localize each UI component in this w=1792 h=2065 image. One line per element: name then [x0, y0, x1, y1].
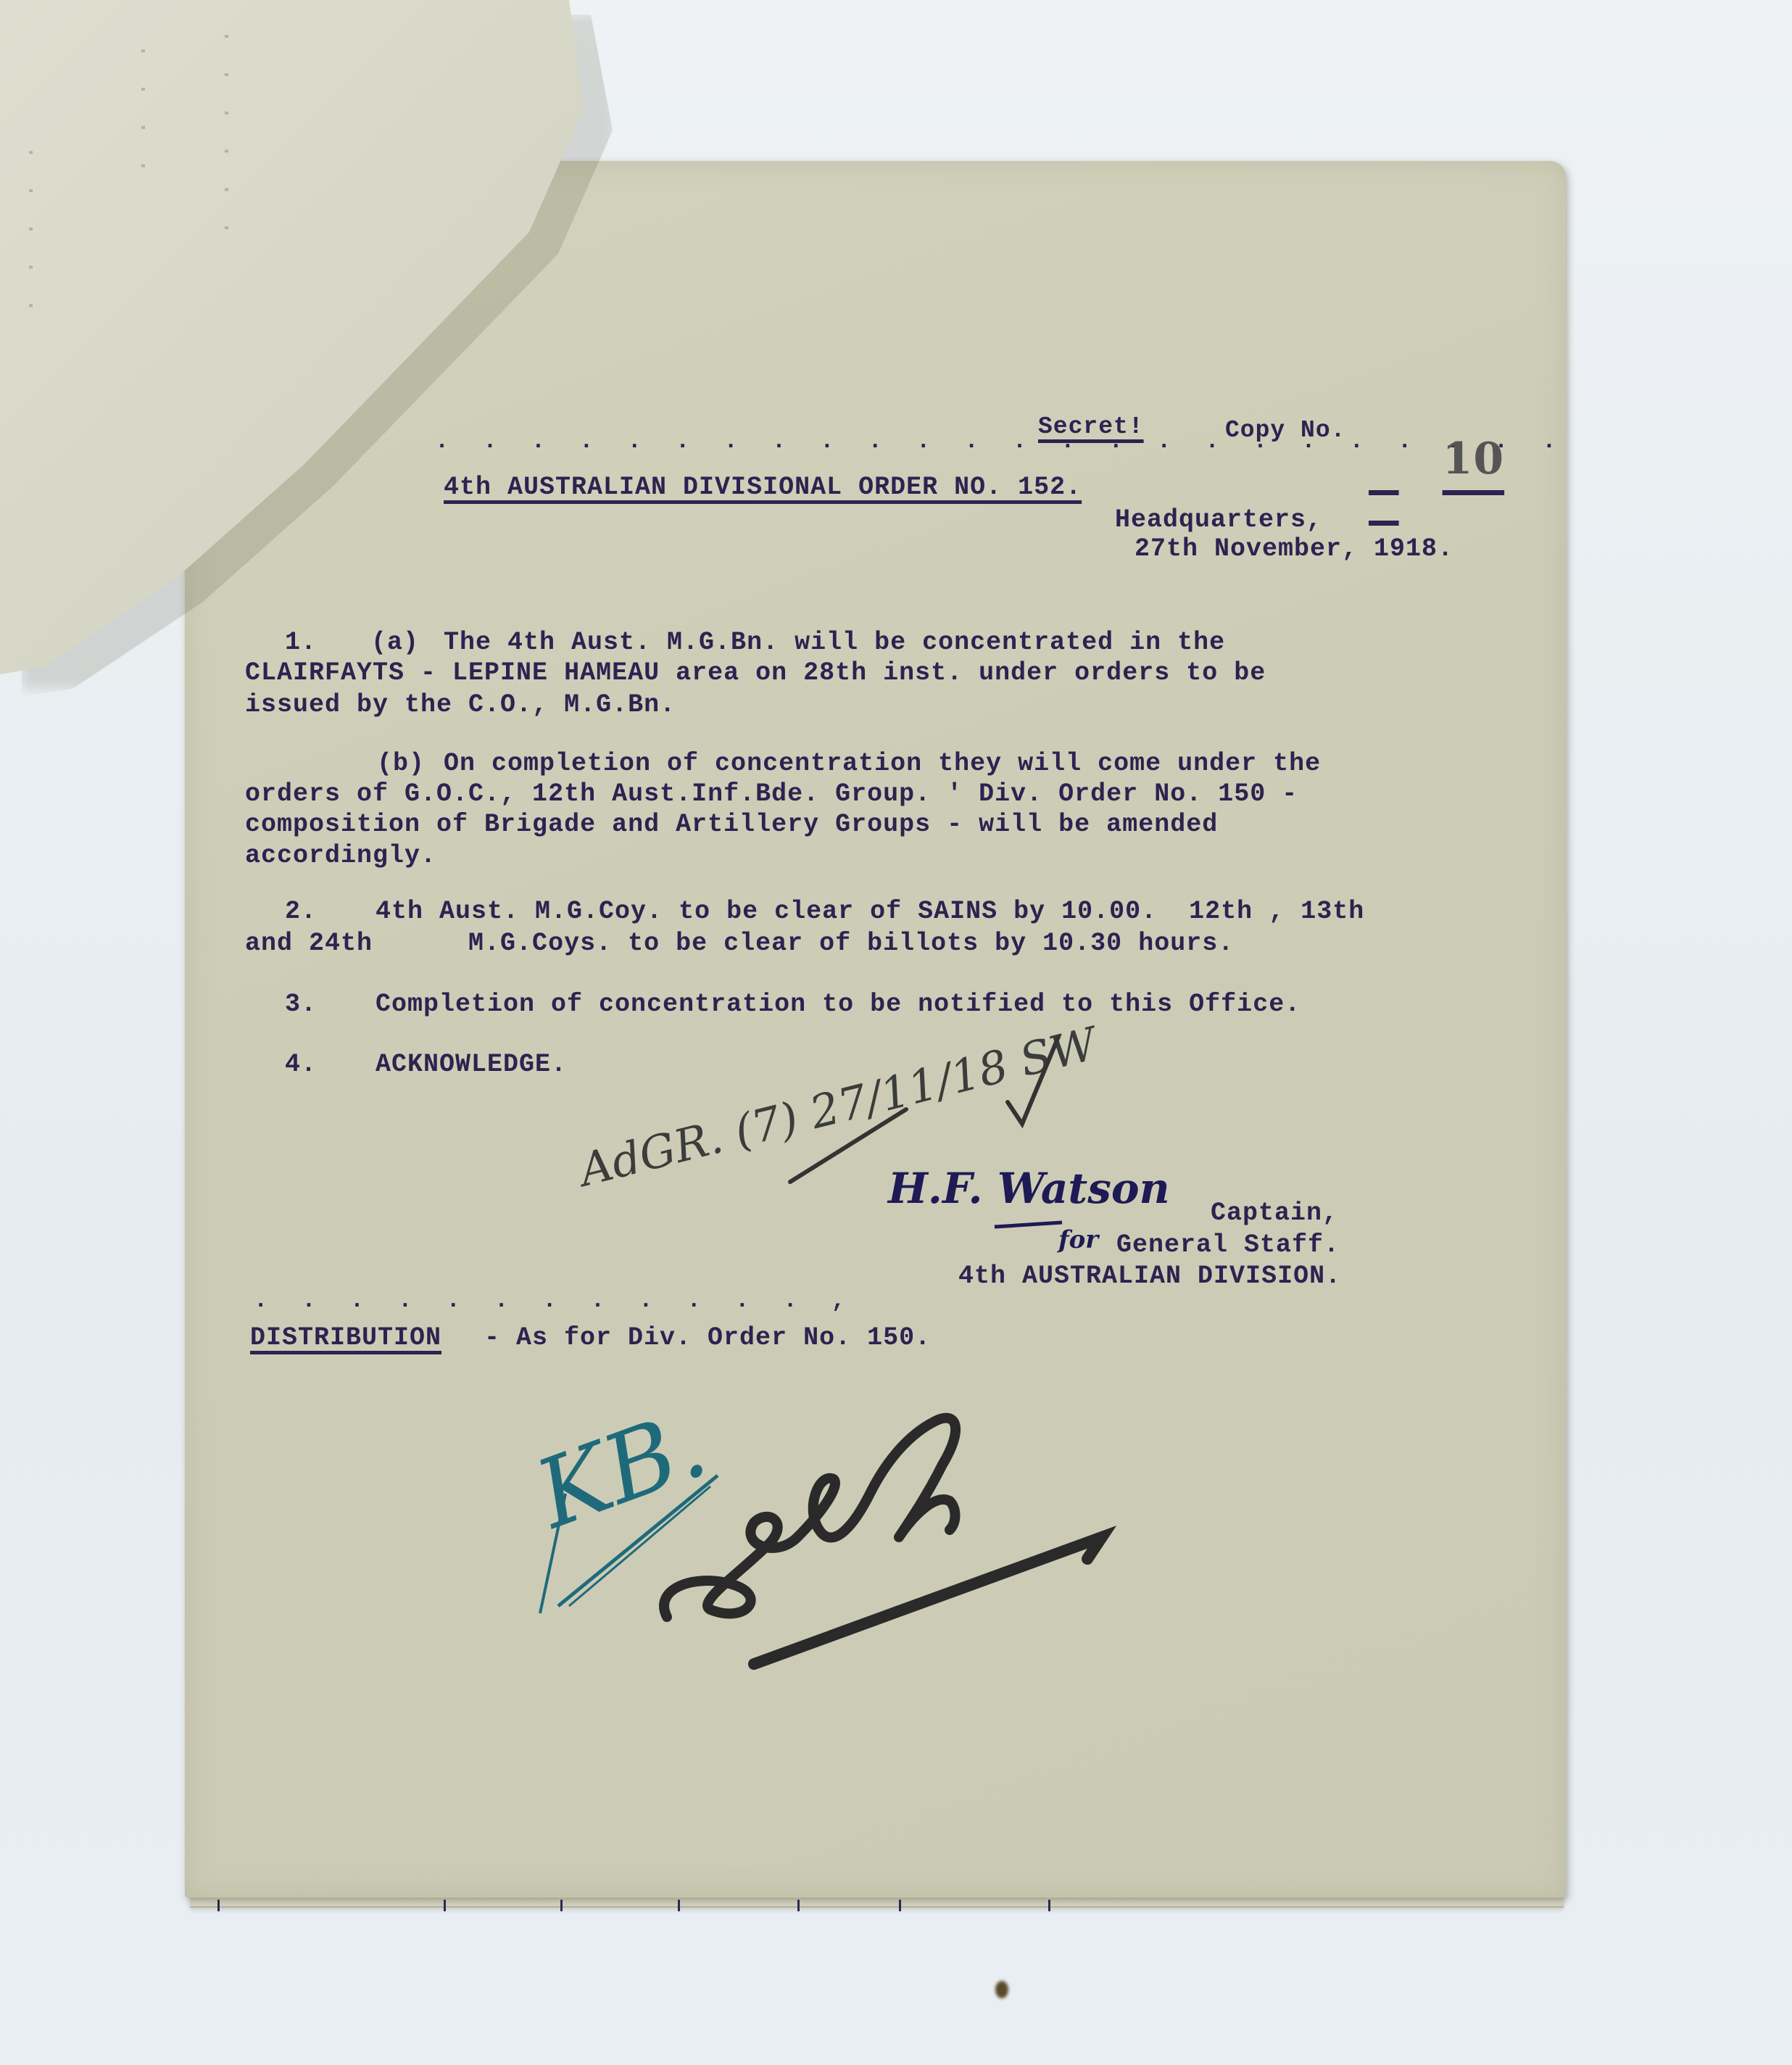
copy-label: Copy No.	[1225, 417, 1345, 444]
dirt-speck	[995, 1981, 1008, 1998]
bleed-through-text: · · · · ·	[16, 145, 43, 318]
order-date: 27th November, 1918.	[1134, 534, 1453, 563]
distribution-label: DISTRIBUTION	[250, 1323, 441, 1352]
stitch-mark	[444, 1900, 446, 1911]
para-4-line: ACKNOWLEDGE.	[376, 1050, 567, 1079]
headquarters-label: Headquarters,	[1115, 505, 1322, 534]
stitch-mark	[560, 1900, 563, 1911]
copy-number: 10	[1443, 434, 1505, 484]
para-1b-line: On completion of concentration they will…	[444, 749, 1321, 778]
para-1a-sub: (a)	[371, 628, 419, 657]
para-1b-line: composition of Brigade and Artillery Gro…	[245, 810, 1218, 839]
copy-number-field: 10	[1369, 417, 1501, 521]
stitch-mark	[797, 1900, 800, 1911]
bleed-through-text: · · · · · ·	[212, 29, 239, 239]
para-1b-line: orders of G.O.C., 12th Aust.Inf.Bde. Gro…	[245, 779, 1298, 808]
classification-stamp: Secret!	[1038, 413, 1144, 440]
dotted-separator: . . . . . . . . . . . . ,	[254, 1287, 855, 1314]
signatory-role: General Staff.	[1116, 1230, 1340, 1259]
para-1a-line: The 4th Aust. M.G.Bn. will be concentrat…	[444, 628, 1225, 657]
bleed-through-text: · · · ·	[128, 44, 156, 178]
stitch-mark	[1048, 1900, 1050, 1911]
signature: H.F. Watson	[888, 1164, 1170, 1213]
stitch-mark	[899, 1900, 901, 1911]
order-title: 4th AUSTRALIAN DIVISIONAL ORDER NO. 152.	[444, 473, 1082, 502]
para-3-line: Completion of concentration to be notifi…	[376, 990, 1301, 1019]
pencil-signature-text: Ja...	[754, 1508, 755, 1509]
para-2-line: 4th Aust. M.G.Coy. to be clear of SAINS …	[376, 897, 1364, 926]
para-3-number: 3.	[285, 990, 317, 1019]
stitch-mark	[678, 1900, 680, 1911]
para-1a-line: issued by the C.O., M.G.Bn.	[245, 690, 676, 719]
signature-prefix: for	[1058, 1225, 1098, 1254]
para-1-number: 1.	[285, 628, 317, 657]
signatory-unit: 4th AUSTRALIAN DIVISION.	[958, 1262, 1341, 1291]
para-1a-line: CLAIRFAYTS - LEPINE HAMEAU area on 28th …	[245, 658, 1266, 687]
para-2-line: and 24th M.G.Coys. to be clear of billot…	[245, 929, 1234, 958]
para-2-number: 2.	[285, 897, 317, 926]
para-4-number: 4.	[285, 1050, 317, 1079]
signatory-rank: Captain,	[1211, 1199, 1338, 1228]
distribution-text: - As for Div. Order No. 150.	[468, 1323, 931, 1352]
signature-underline	[993, 1218, 1066, 1233]
pencil-signature	[652, 1378, 1124, 1697]
para-1b-line: accordingly.	[245, 841, 436, 870]
stitch-mark	[217, 1900, 220, 1911]
para-1b-sub: (b)	[377, 749, 425, 778]
